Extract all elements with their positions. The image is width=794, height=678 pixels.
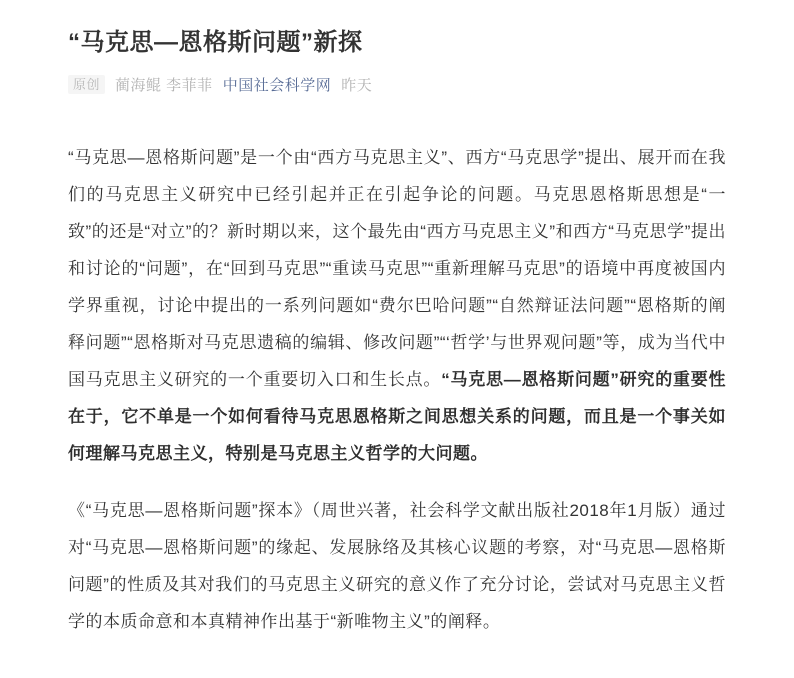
article-content: “马克思—恩格斯问题”是一个由“西方马克思主义”、西方“马克思学”提出、展开而在…	[68, 139, 726, 640]
publish-time: 昨天	[341, 74, 372, 95]
paragraph-2: 《“马克思—恩格斯问题”探本》（周世兴著，社会科学文献出版社2018年1月版）通…	[68, 492, 726, 640]
author-names: 蔺海鲲 李菲菲	[115, 74, 213, 95]
article-page: “马克思—恩格斯问题”新探 原创 蔺海鲲 李菲菲 中国社会科学网 昨天 “马克思…	[0, 0, 794, 678]
paragraph-2-text: 《“马克思—恩格斯问题”探本》（周世兴著，社会科学文献出版社2018年1月版）通…	[68, 501, 726, 631]
account-link[interactable]: 中国社会科学网	[223, 74, 332, 95]
paragraph-1: “马克思—恩格斯问题”是一个由“西方马克思主义”、西方“马克思学”提出、展开而在…	[68, 139, 726, 472]
paragraph-1-text: “马克思—恩格斯问题”是一个由“西方马克思主义”、西方“马克思学”提出、展开而在…	[68, 148, 726, 389]
original-badge: 原创	[68, 75, 105, 95]
article-byline: 原创 蔺海鲲 李菲菲 中国社会科学网 昨天	[68, 74, 726, 95]
article-title: “马克思—恩格斯问题”新探	[68, 28, 726, 58]
